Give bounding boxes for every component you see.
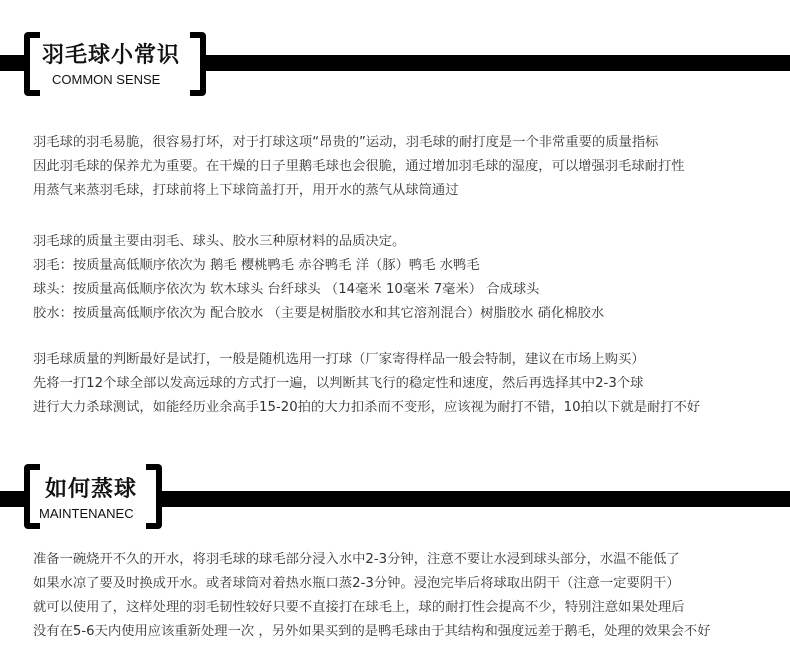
text-line: 准备一碗烧开不久的开水，将羽毛球的球毛部分浸入水中2-3分钟，注意不要让水浸到球…	[33, 548, 790, 572]
bracket-gap-top	[40, 464, 146, 471]
section-title: 如何蒸球	[45, 472, 137, 503]
section-subtitle: COMMON SENSE	[52, 72, 160, 87]
text-line: 没有在5-6天内使用应该重新处理一次 ，另外如果买到的是鸭毛球由于其结构和强度远…	[33, 620, 790, 644]
text-line: 就可以使用了，这样处理的羽毛韧性较好只要不直接打在球毛上，球的耐打性会提高不少，…	[33, 596, 790, 620]
paragraph-materials: 羽毛球的质量主要由羽毛、球头、胶水三种原材料的品质决定。 羽毛：按质量高低顺序依…	[33, 230, 790, 326]
text-line: 球头：按质量高低顺序依次为 软木球头 台纤球头 （14毫米 10毫米 7毫米） …	[33, 278, 790, 302]
text-line: 羽毛：按质量高低顺序依次为 鹅毛 樱桃鸭毛 赤谷鸭毛 洋（豚）鸭毛 水鸭毛	[33, 254, 790, 278]
section-header-common-sense: 羽毛球小常识 COMMON SENSE	[0, 30, 790, 100]
text-line: 羽毛球质量的判断最好是试打，一般是随机选用一打球（厂家寄得样品一般会特制，建议在…	[33, 348, 790, 372]
text-line: 进行大力杀球测试，如能经历业余高手15-20拍的大力扣杀而不变形，应该视为耐打不…	[33, 396, 790, 420]
header-bar-right	[160, 491, 790, 507]
bracket-gap-bottom	[40, 522, 146, 529]
bracket-gap-bottom	[40, 89, 190, 96]
section-title: 羽毛球小常识	[42, 38, 180, 69]
section-header-maintenance: 如何蒸球 MAINTENANEC	[0, 464, 790, 534]
paragraph-steaming: 准备一碗烧开不久的开水，将羽毛球的球毛部分浸入水中2-3分钟，注意不要让水浸到球…	[33, 548, 790, 644]
header-bar-right	[204, 55, 790, 71]
paragraph-durability: 羽毛球的羽毛易脆，很容易打坏，对于打球这项“昂贵的”运动，羽毛球的耐打度是一个非…	[33, 131, 790, 203]
text-line: 先将一打12个球全部以发高远球的方式打一遍，以判断其飞行的稳定性和速度，然后再选…	[33, 372, 790, 396]
text-line: 用蒸气来蒸羽毛球，打球前将上下球筒盖打开，用开水的蒸气从球筒通过	[33, 179, 790, 203]
text-line: 胶水：按质量高低顺序依次为 配合胶水 （主要是树脂胶水和其它溶剂混合）树脂胶水 …	[33, 302, 790, 326]
header-bar-left	[0, 491, 27, 507]
text-line: 因此羽毛球的保养尤为重要。在干燥的日子里鹅毛球也会很脆，通过增加羽毛球的湿度，可…	[33, 155, 790, 179]
text-line: 羽毛球的质量主要由羽毛、球头、胶水三种原材料的品质决定。	[33, 230, 790, 254]
text-line: 羽毛球的羽毛易脆，很容易打坏，对于打球这项“昂贵的”运动，羽毛球的耐打度是一个非…	[33, 131, 790, 155]
section-subtitle: MAINTENANEC	[39, 506, 134, 521]
paragraph-testing: 羽毛球质量的判断最好是试打，一般是随机选用一打球（厂家寄得样品一般会特制，建议在…	[33, 348, 790, 420]
header-bar-left	[0, 55, 27, 71]
text-line: 如果水凉了要及时换成开水。或者球筒对着热水瓶口蒸2-3分钟。浸泡完毕后将球取出阴…	[33, 572, 790, 596]
